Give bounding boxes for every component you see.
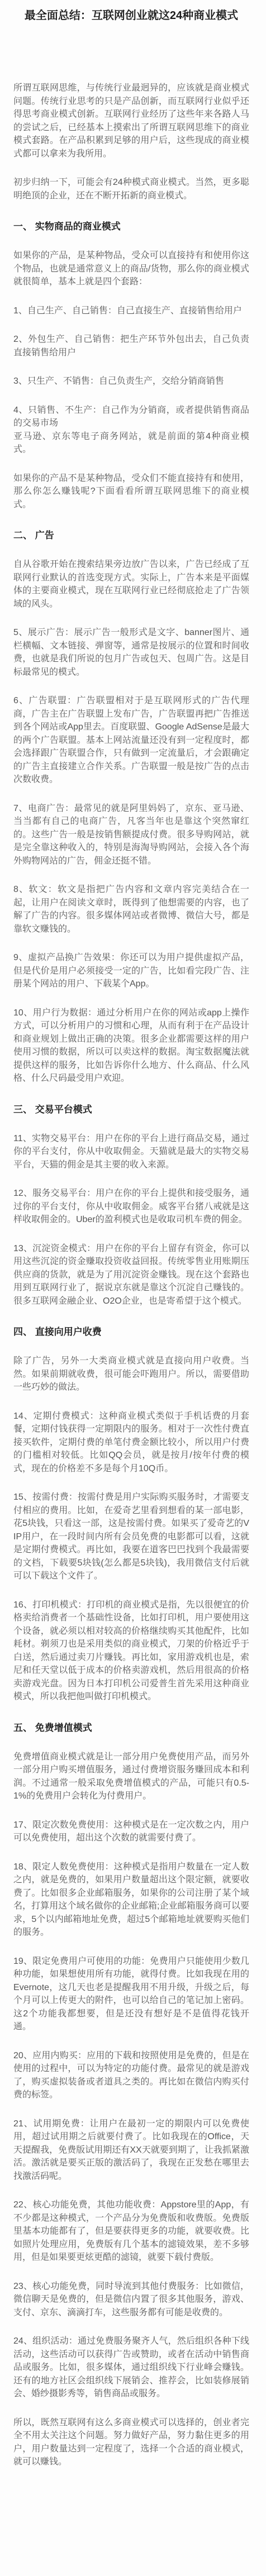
article-body: 所谓互联网思维，与传统行业最迥异的，应该就是商业模式问题。传统行业思考的只是产品…: [13, 82, 249, 2469]
paragraph: 12、服务交易平台：用户在你的平台上提供和接受服务，通过你的平台支付，你从中收取…: [13, 1187, 249, 1227]
paragraph: 所谓互联网思维，与传统行业最迥异的，应该就是商业模式问题。传统行业思考的只是产品…: [13, 82, 249, 160]
paragraph: 3、只生产、不销售：自己负责生产，交给分销商销售: [13, 375, 249, 388]
paragraph: 20、应用内购买：应用的下载和按照使用是免费的，但是在使用的过程中，可以为特定的…: [13, 2049, 249, 2102]
paragraph: 4、只销售、不生产：自己作为分销商，或者提供销售商品的交易市场 亚马逊、京东等电…: [13, 404, 249, 456]
page-title: 最全面总结：互联网创业就这24种商业模式: [13, 8, 249, 23]
paragraph: 免费增值商业模式就是让一部分用户免费使用产品，而另外一部分用户购买增值服务，通过…: [13, 1750, 249, 1803]
paragraph: 22、核心功能免费，其他功能收费：Appstore里的App，有不少都是这种模式…: [13, 2198, 249, 2264]
section-heading: 三、 交易平台模式: [13, 1103, 249, 1117]
paragraph: 6、广告联盟：广告联盟相对于是互联网形式的广告代理商，广告主在广告联盟上发布广告…: [13, 694, 249, 786]
paragraph: 所以，既然互联网有这么多商业模式可以选择的，创业者完全不用太关注这个问题。努力做…: [13, 2416, 249, 2469]
paragraph: 16、打印机模式：打印机的商业模式是指，先以很便宜的价格卖给消费者一个基础性设备…: [13, 1599, 249, 1704]
paragraph: 如果你的产品，是某种物品，受众可以直接持有和使用你这个物品，也就是通常意义上的商…: [13, 249, 249, 289]
paragraph: 如果你的产品不是某种物品，受众们不能直接持有和使用，那么你怎么赚钱呢?下面看看所…: [13, 472, 249, 512]
section-heading: 一、 实物商品的商业模式: [13, 220, 249, 233]
paragraph: 24、组织活动：通过免费服务聚齐人气，然后组织各种下线活动，这些活动可以获得广告…: [13, 2335, 249, 2401]
paragraph: 17、限定次数免费使用：这种模式是在一定次数之内，用户可以免费使用，超出这个次数…: [13, 1819, 249, 1845]
paragraph: 19、限定免费用户可使用的功能：免费用户只能使用少数几种功能，如果想使用所有功能…: [13, 1955, 249, 2034]
paragraph: 18、限定人数免费使用：这种模式是指用户数量在一定人数之内，就是免费的，如果用户…: [13, 1861, 249, 1939]
paragraph: 1、自己生产、自己销售：自己直接生产、直接销售给用户: [13, 304, 249, 318]
paragraph: 14、定期付费模式：这种商业模式类似于手机话费的月套餐，定期付钱获得一定期限内的…: [13, 1410, 249, 1476]
paragraph: 5、展示广告：展示广告一般形式是文字、banner图片、通栏横幅、文本链接、弹窗…: [13, 626, 249, 679]
paragraph: 13、沉淀资金模式：用户在你的平台上留存有资金，你可以用这些沉淀的资金赚取投资收…: [13, 1242, 249, 1308]
paragraph: 自从谷歌开始在搜索结果旁边放广告以来，广告已经成了互联网行业默认的首选变现方式。…: [13, 558, 249, 610]
paragraph: 21、试用期免费：让用户在最初一定的期限内可以免费使用，超过试用期之后就要付费了…: [13, 2117, 249, 2183]
section-heading: 四、 直接向用户收费: [13, 1325, 249, 1339]
paragraph: 10、用户行为数据：通过分析用户在你的网站或app上操作方式，可以分析用户的习惯…: [13, 1006, 249, 1085]
paragraph: 11、实物交易平台：用户在你的平台上进行商品交易，通过你的平台支付，你从中收取佣…: [13, 1132, 249, 1172]
paragraph: 23、核心功能免费，同时导流到其他付费服务：比如微信，微信聊天是免费的，但是微信…: [13, 2280, 249, 2320]
paragraph: 7、电商广告：最常见的就是阿里妈妈了，京东、亚马逊、当当都有自己的电商广告，凡客…: [13, 802, 249, 868]
paragraph: 8、软文：软文是指把广告内容和文章内容完美结合在一起，让用户在阅读文章时，既得到…: [13, 883, 249, 936]
section-heading: 二、 广告: [13, 529, 249, 542]
paragraph: 15、按需付费：按需付费是用户实际购买服务时，才需要支付相应的费用。比如，在爱奇…: [13, 1491, 249, 1583]
section-heading: 五、 免费增值模式: [13, 1721, 249, 1735]
paragraph: 初步归纳一下，可能会有24种模式商业模式。当然，更多聪明绝顶的企业，还在不断开拓…: [13, 176, 249, 202]
paragraph: 9、虚拟产品换广告效果：你还可以为用户提供虚拟产品，但是代价是用户必须接受一定的…: [13, 951, 249, 991]
article-page: 最全面总结：互联网创业就这24种商业模式 所谓互联网思维，与传统行业最迥异的，应…: [0, 0, 266, 2576]
paragraph: 2、外包生产、自己销售：把生产环节外包出去，自己负责直接销售给用户: [13, 333, 249, 359]
paragraph: 除了广告，另外一大类商业模式就是直接向用户收费。当然。如果前期就收费，很可能会吓…: [13, 1354, 249, 1394]
